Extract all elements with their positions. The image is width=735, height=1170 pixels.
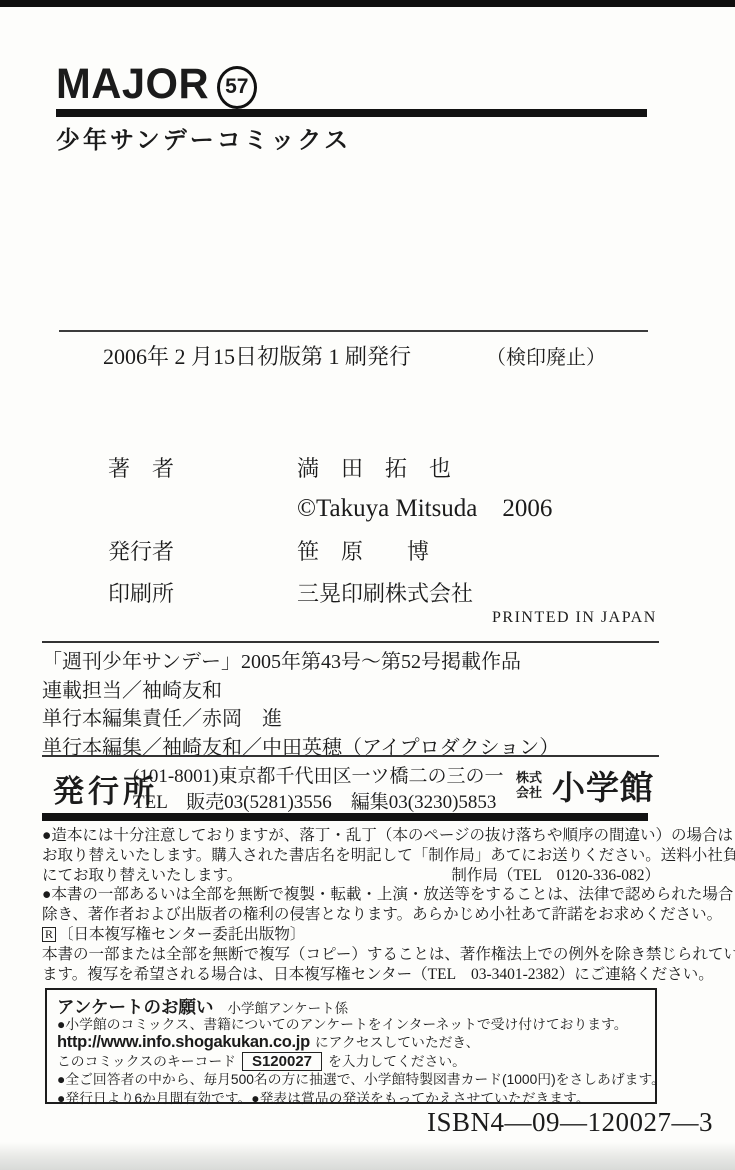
author-name: 満 田 拓 也 (297, 452, 451, 483)
survey-header-row: アンケートのお願い 小学館アンケート係 (57, 994, 645, 1013)
top-scan-bar (0, 0, 735, 7)
thick-divider-top (56, 109, 647, 117)
printed-in-japan: PRINTED IN JAPAN (492, 609, 657, 627)
binding-notice-line2: お取り替えいたします。購入された書店名を明記して「制作局」あてにお送りください。… (42, 846, 660, 866)
volume-number-badge: 57 (217, 66, 257, 109)
reproduction-rights-line: R〔日本複写権センター委託出版物〕 (42, 925, 660, 945)
legal-notices: ●造本には十分注意しておりますが、落丁・乱丁（本のページの抜け落ちや順序の間違い… (42, 826, 660, 984)
colophon-page: MAJOR 57 少年サンデーコミックス 2006年 2 月15日初版第 1 刷… (0, 0, 735, 1170)
binding-notice-line3: にてお取り替えいたします。 制作局（TEL 0120-336-082） (42, 866, 660, 886)
thin-divider-edition (59, 330, 648, 332)
company-type-top: 株式 (516, 770, 542, 785)
publisher-label: 発行者 (108, 535, 174, 566)
serialization-block: 「週刊少年サンデー」2005年第43号～第52号掲載作品 連載担当／袖崎友和 単… (42, 648, 559, 762)
registered-r-mark: R (42, 927, 56, 942)
seal-abolished-note: （検印廃止） (486, 341, 606, 370)
tankobon-chief-editor: 単行本編集責任／赤岡 進 (42, 705, 559, 734)
publisher-address: (101-8001)東京都千代田区一ツ橋二の三の一 (133, 761, 503, 788)
company-type-bottom: 会社 (516, 785, 542, 800)
publisher-phone: TEL 販売03(5281)3556 編集03(3230)5853 (133, 787, 496, 814)
photocopy-notice-line2: ます。複写を希望される場合は、日本複写権センター（TEL 03-3401-238… (42, 965, 660, 985)
series-label: 少年サンデーコミックス (56, 120, 351, 155)
copyright-notice-line2: 除き、著作者および出版者の権利の侵害となります。あらかじめ小社あて許諾をお求めく… (42, 905, 660, 925)
copyright-line: ©Takuya Mitsuda 2006 (297, 488, 552, 524)
survey-intro-line: ●小学館のコミックス、書籍についてのアンケートをインターネットで受け付けておりま… (57, 1013, 645, 1032)
company-type-label: 株式 会社 (516, 770, 542, 800)
thin-divider-serialization-top (42, 641, 659, 643)
thin-divider-serialization-bottom (42, 755, 659, 757)
binding-notice-line3-left: にてお取り替えいたします。 (42, 866, 242, 886)
serialization-editor: 連載担当／袖崎友和 (42, 677, 559, 706)
company-name: 小学館 (552, 762, 654, 809)
copyright-notice-line1: ●本書の一部あるいは全部を無断で複製・転載・上演・放送等をすることは、法律で認め… (42, 885, 660, 905)
keycode-suffix: を入力してください。 (328, 1050, 466, 1070)
series-logo: MAJOR 57 (56, 60, 257, 109)
logo-title-text: MAJOR (56, 60, 209, 109)
keycode-prefix: このコミックスのキーコード (57, 1050, 236, 1070)
survey-url-suffix: にアクセスしていただき、 (315, 1031, 480, 1051)
publisher-name: 笹 原 博 (297, 535, 429, 566)
thick-divider-legal (42, 813, 648, 821)
isbn-number: ISBN4—09—120027—3 (427, 1107, 713, 1138)
survey-url-row: http://www.info.shogakukan.co.jp にアクセスして… (57, 1031, 645, 1050)
serialization-source: 「週刊少年サンデー」2005年第43号～第52号掲載作品 (42, 648, 559, 677)
tankobon-editors: 単行本編集／袖崎友和／中田英穂（アイプロダクション） (42, 734, 559, 763)
printer-name: 三晃印刷株式会社 (297, 577, 473, 608)
survey-prize-line: ●全ご回答者の中から、毎月500名の方に抽選で、小学館特製図書カード(1000円… (57, 1068, 645, 1087)
survey-request-box: アンケートのお願い 小学館アンケート係 ●小学館のコミックス、書籍についてのアン… (45, 988, 657, 1104)
edition-date: 2006年 2 月15日初版第 1 刷発行 (103, 340, 411, 371)
photocopy-notice-line1: 本書の一部または全部を無断で複写（コピー）することは、著作権法上での例外を除き禁… (42, 945, 660, 965)
author-label: 著 者 (108, 452, 174, 483)
printer-label: 印刷所 (108, 577, 174, 608)
survey-keycode-row: このコミックスのキーコード S120027 を入力してください。 (57, 1050, 645, 1069)
bottom-scan-edge (0, 1142, 735, 1170)
binding-notice-line1: ●造本には十分注意しておりますが、落丁・乱丁（本のページの抜け落ちや順序の間違い… (42, 826, 660, 846)
reproduction-rights-text: 〔日本複写権センター委託出版物〕 (58, 926, 305, 943)
survey-validity-line: ●発行日より6か月間有効です。●発表は賞品の発送をもってかえさせていただきます。 (57, 1087, 645, 1106)
production-bureau-phone: 制作局（TEL 0120-336-082） (451, 866, 660, 886)
